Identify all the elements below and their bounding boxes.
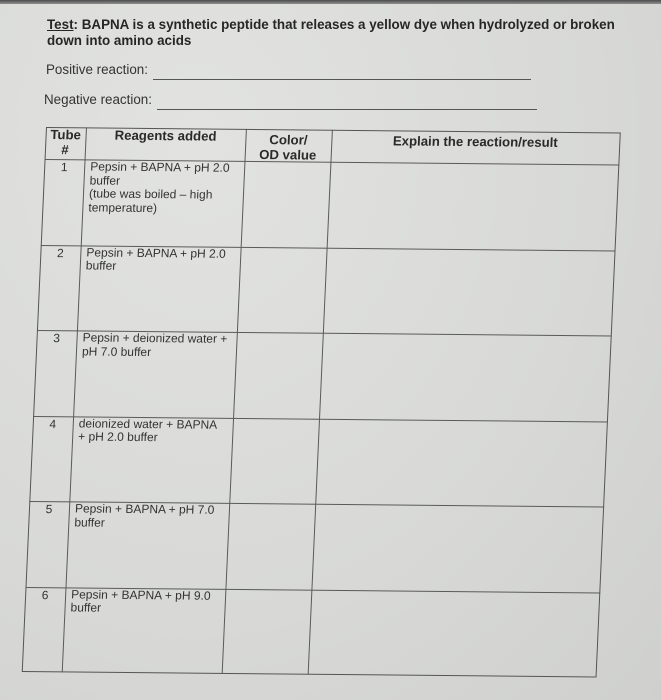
reagent-line: buffer — [86, 259, 239, 274]
tube-number: 3 — [36, 331, 77, 345]
explanation-cell[interactable] — [309, 590, 599, 676]
tube-number: 1 — [44, 160, 85, 174]
explanation-cell[interactable] — [328, 163, 618, 249]
reagents-cell: Pepsin + BAPNA + pH 2.0buffer — [86, 246, 239, 274]
reagent-line: buffer — [70, 601, 223, 616]
test-text: : BAPNA is a synthetic peptide that rele… — [47, 17, 615, 48]
explanation-cell[interactable] — [316, 419, 606, 505]
results-table: Tube # Reagents added Color/ OD value Ex… — [22, 127, 621, 677]
reagent-line: buffer — [74, 516, 227, 531]
reagents-cell: Pepsin + BAPNA + pH 9.0buffer — [70, 588, 223, 616]
header-explain: Explain the reaction/result — [331, 133, 620, 151]
header-color-line1: Color/ — [245, 132, 332, 148]
reagent-line: temperature) — [88, 201, 241, 216]
worksheet-page: Test: BAPNA is a synthetic peptide that … — [0, 4, 661, 700]
reagents-cell: Pepsin + deionized water +pH 7.0 buffer — [82, 331, 235, 359]
tube-number: 6 — [25, 587, 66, 601]
negative-reaction-label: Negative reaction: — [44, 92, 152, 107]
explanation-cell[interactable] — [324, 248, 614, 334]
color-od-cell[interactable] — [238, 247, 326, 331]
tube-number: 5 — [29, 502, 70, 516]
header-tube: Tube # — [45, 127, 86, 157]
reagent-line: pH 7.0 buffer — [82, 345, 235, 360]
tube-number: 2 — [40, 245, 81, 259]
test-label: Test — [47, 17, 74, 32]
positive-reaction-blank[interactable] — [153, 79, 531, 80]
color-od-cell[interactable] — [234, 333, 322, 417]
tube-number: 4 — [32, 416, 73, 430]
reagents-cell: Pepsin + BAPNA + pH 2.0buffer(tube was b… — [88, 160, 242, 215]
color-od-cell[interactable] — [227, 504, 315, 588]
negative-reaction-blank[interactable] — [157, 109, 537, 110]
negative-reaction-row: Negative reaction: — [44, 92, 537, 107]
header-tube-line2: # — [45, 142, 86, 157]
color-od-cell[interactable] — [230, 418, 318, 502]
reagent-line: + pH 2.0 buffer — [78, 430, 231, 445]
explanation-cell[interactable] — [312, 505, 602, 591]
header-tube-line1: Tube — [45, 127, 86, 142]
color-od-cell[interactable] — [223, 589, 311, 673]
positive-reaction-row: Positive reaction: — [46, 62, 531, 77]
reagents-cell: Pepsin + BAPNA + pH 7.0buffer — [74, 502, 227, 530]
header-color-od: Color/ OD value — [244, 132, 331, 163]
color-od-cell[interactable] — [242, 162, 330, 246]
header-reagents: Reagents added — [85, 127, 246, 144]
test-description: Test: BAPNA is a synthetic peptide that … — [47, 17, 627, 49]
positive-reaction-label: Positive reaction: — [46, 62, 148, 77]
reagents-cell: deionized water + BAPNA+ pH 2.0 buffer — [78, 417, 231, 445]
explanation-cell[interactable] — [320, 334, 610, 420]
